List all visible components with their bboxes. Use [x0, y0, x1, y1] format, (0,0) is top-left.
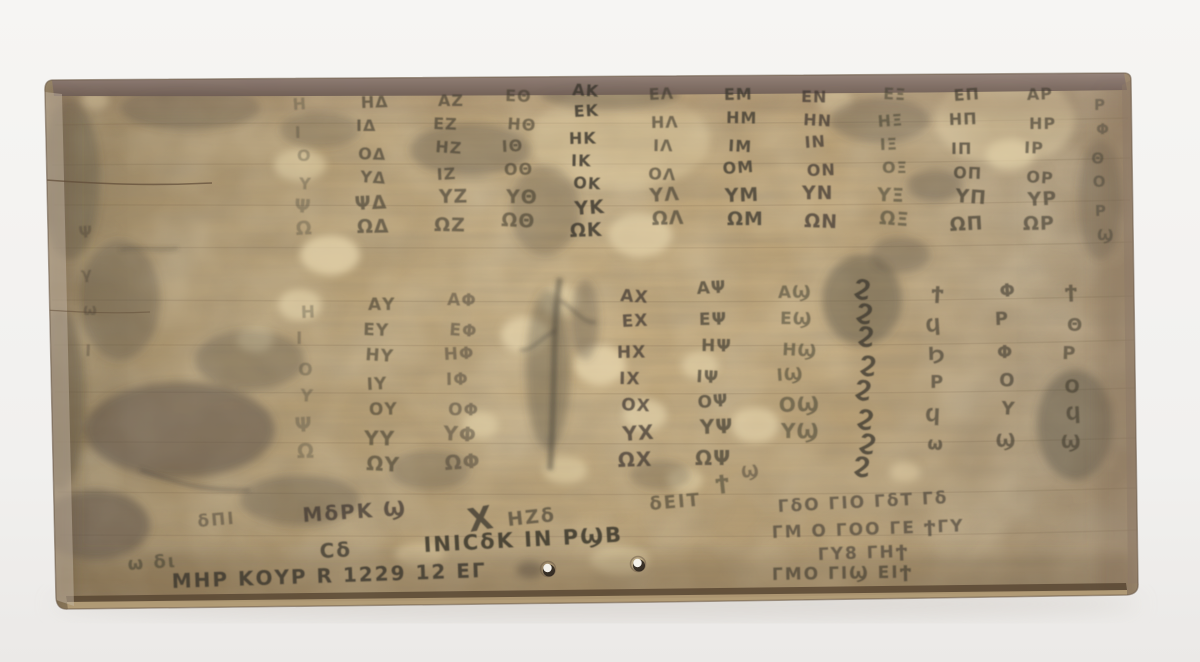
ink-syllable: ΥΖ [438, 185, 469, 208]
ink-syllable: Ο [298, 360, 314, 381]
ink-syllable: Η [300, 302, 316, 323]
ink-syllable: ΥΞ [876, 184, 905, 207]
ink-syllable: ΙΛ [653, 136, 674, 155]
ink-syllable: ΗΛ [651, 113, 679, 132]
ink-syllable: ω [927, 433, 945, 455]
ink-syllable: ΗΠ [948, 109, 977, 129]
ink-syllable: Ο [1064, 376, 1082, 398]
ink-syllable: ΙΧ [619, 369, 641, 389]
ink-syllable: ΑΧ [620, 286, 650, 308]
ink-syllable: ΩΘ [501, 209, 536, 233]
ink-syllable: ΕΦ [449, 320, 478, 342]
ink-syllable: ΕΠ [953, 84, 981, 105]
ink-syllable: ΟΨ [697, 391, 729, 413]
ink-syllable: ΩΦ [444, 449, 482, 475]
ink-syllable: ΙΦ [446, 370, 469, 390]
ink-syllable: Ψ [294, 412, 313, 437]
ink-syllable: ΥΔ [359, 167, 387, 188]
ink-syllable: ΟΝ [806, 160, 836, 180]
ink-syllable: ΥΨ [698, 414, 733, 439]
ink-syllable: Φ [997, 342, 1013, 363]
ink-syllable: ΟΜ [722, 157, 755, 178]
ink-syllable: ΥΚ [573, 196, 606, 220]
ink-syllable: ΗΡ [1029, 114, 1056, 133]
ink-syllable: Ι [296, 329, 303, 349]
ink-syllable: ΗΨ [701, 336, 732, 357]
ink-syllable: Ρ [1094, 96, 1106, 114]
ink-syllable: ΑΚ [572, 80, 600, 101]
ink-syllable: Ο [1092, 172, 1107, 191]
ink-syllable: ΑϢ [778, 282, 812, 303]
ink-syllable: ΕΚ [573, 101, 599, 121]
ink-syllable: ΕΥ [363, 320, 390, 341]
ink-syllable: Ϩ [853, 376, 873, 403]
ink-syllable: ΙΞ [879, 134, 898, 154]
ink-syllable: Ϩ [857, 323, 876, 349]
ink-syllable: ΟϢ [778, 392, 820, 417]
ink-syllable: ΟΚ [573, 173, 602, 193]
ink-syllable: ΑΡ [1026, 84, 1053, 104]
ink-syllable: ΗΧ [617, 342, 647, 363]
ink-syllable: Ω [297, 439, 316, 463]
ink-cursive-line: ΓΥ8 ΓΗϮ [817, 542, 909, 565]
ink-syllable: ΗΜ [726, 108, 758, 128]
ink-syllable: ΥΝ [801, 182, 834, 204]
ink-cursive-line: ΓΜΟ ΓΙϢ ΕΙϮ [772, 563, 914, 585]
ink-syllable: Ρ [930, 372, 944, 393]
ink-syllable: ΥΧ [621, 420, 656, 446]
ink-syllable: ΕϢ [780, 309, 813, 330]
ink-syllable: ΥΥ [363, 426, 396, 451]
ink-syllable: Ϩ [852, 453, 871, 479]
ink-syllable: ΟΠ [953, 163, 983, 183]
ink-syllable: Ο [297, 146, 312, 165]
ink-syllable: ΩΞ [879, 207, 910, 231]
ink-syllable: Ϧ [927, 343, 945, 365]
ink-syllable: Υ [298, 174, 312, 193]
ink-syllable: ΥΡ [1026, 187, 1058, 211]
ink-syllable: ΙΝ [804, 132, 827, 152]
ink-syllable: Ϣ [1061, 432, 1082, 453]
ink-syllable: ΗΖ [435, 137, 463, 158]
ink-syllable: Ι [85, 341, 93, 360]
ink-syllable: ΩΜ [727, 208, 764, 230]
ink-cursive-line: ω δι [127, 551, 178, 575]
ink-syllable: ΑΖ [438, 91, 464, 110]
ink-syllable: ΗΚ [569, 129, 597, 148]
ink-syllable: ΟΛ [648, 164, 677, 184]
ink-syllable: Ϣ [995, 430, 1017, 452]
ink-syllable: Υ [1000, 398, 1016, 420]
ink-syllable: Ϩ [858, 352, 878, 379]
ink-syllable: ΩΛ [651, 207, 684, 230]
ink-syllable: Ϯ [931, 283, 945, 305]
ink-syllable: ΟΡ [1026, 167, 1055, 188]
ink-syllable: Θ [1091, 149, 1106, 168]
ink-syllable: ΙΖ [436, 164, 457, 184]
ink-syllable: Ϥ [1065, 403, 1082, 425]
ink-syllable: ΗΥ [365, 345, 395, 367]
ink-cursive-line: δΠΙ [197, 509, 237, 532]
ink-syllable: ΥΘ [505, 186, 538, 209]
ink-syllable: Ϥ [925, 405, 942, 427]
ink-syllable: ΩΚ [569, 219, 603, 242]
ink-syllable: ΟΥ [369, 400, 398, 420]
ink-syllable: ΑΨ [696, 277, 727, 299]
ink-syllable: ΕΘ [505, 86, 532, 106]
ink-syllable: ΗϢ [782, 340, 818, 362]
ink-syllable: Θ [1067, 315, 1083, 336]
ink-syllable: ΙΨ [696, 367, 720, 388]
ink-syllable: ΕΖ [433, 114, 458, 134]
ink-syllable: ΩΖ [434, 214, 466, 237]
ink-syllable: ΟΞ [882, 158, 908, 177]
ink-syllable: ΨΔ [354, 191, 388, 215]
photograph-of-wooden-tablet: ΗΙΟΥΨΩΗΔΙΔΟΔΥΔΨΔΩΔΑΖΕΖΗΖΙΖΥΖΩΖΕΘΗΘΙΘΟΘΥΘ… [0, 0, 1200, 662]
ink-syllable: ΙΚ [571, 151, 592, 170]
ink-cursive-line: δΕΙΤ [649, 490, 702, 515]
ink-syllable: ΑΥ [368, 295, 395, 315]
ink-syllable: Ϥ [925, 315, 942, 337]
ink-syllable: ΩΝ [804, 210, 839, 233]
ink-syllable: ΕΞ [883, 84, 907, 104]
ink-syllable: Φ [999, 280, 1017, 302]
ink-syllable: ΟΧ [621, 395, 652, 417]
ink-syllable: Ϯ [1064, 282, 1078, 303]
ink-syllable: Ψ [78, 222, 94, 242]
ink-syllable: ΗΦ [443, 343, 475, 365]
photo-canvas: ΗΙΟΥΨΩΗΔΙΔΟΔΥΔΨΔΩΔΑΖΕΖΗΖΙΖΥΖΩΖΕΘΗΘΙΘΟΘΥΘ… [0, 0, 1200, 662]
ink-syllable: ΕΧ [621, 311, 649, 332]
ink-syllable: γ [80, 264, 93, 283]
ink-syllable: Ο [999, 370, 1016, 392]
ink-syllable: ΗΔ [360, 92, 388, 112]
ink-syllable: ΥΛ [648, 183, 681, 207]
ink-syllable: ΩΠ [949, 212, 984, 236]
ink-syllable: ΙΠ [951, 139, 972, 158]
ink-syllable: ΗΞ [877, 110, 904, 131]
ink-syllable: ΕΨ [699, 310, 727, 330]
ink-syllable: ΕΜ [724, 84, 753, 104]
ink-syllable: Η [292, 94, 308, 114]
ink-syllable: ΙΡ [1024, 138, 1044, 158]
ink-syllable: Ϣ [1097, 226, 1115, 244]
ink-syllable: Ρ [1095, 202, 1107, 220]
ink-syllable: ΗΘ [507, 114, 537, 135]
ink-syllable: ΩΔ [357, 215, 390, 238]
ink-syllable: ΙΔ [356, 116, 376, 135]
ink-syllable: ω [83, 300, 98, 319]
ink-syllable: ΙΥ [366, 374, 388, 395]
ink-syllable: ΟΘ [504, 159, 534, 179]
ink-syllable: ΙϢ [776, 364, 804, 386]
ink-syllable: ΕΛ [648, 84, 674, 104]
ink-syllable: ΙΘ [501, 136, 524, 156]
ink-syllable: ΟΔ [358, 144, 387, 164]
ink-syllable: ΟΦ [448, 400, 479, 421]
ink-syllable: Ρ [1062, 343, 1077, 364]
ink-syllable: Ι [294, 123, 302, 142]
ink-syllable: Ω [295, 217, 313, 240]
ink-syllable: Υ [299, 386, 315, 407]
ink-syllable: ΥϢ [780, 419, 820, 443]
ink-syllable: ΥΦ [442, 421, 478, 447]
ink-syllable: ΕΝ [801, 87, 828, 106]
ink-cursive-line: Ϯ [714, 469, 732, 495]
ink-syllable: Ψ [294, 195, 313, 218]
ink-syllable: ΑΦ [447, 290, 477, 311]
ink-syllable: ΩΧ [617, 447, 652, 472]
ink-syllable: ΩΡ [1023, 212, 1055, 235]
ink-syllable: Ρ [994, 309, 1009, 330]
ink-syllable: ΩΥ [366, 451, 401, 477]
ink-syllable: ΥΠ [954, 185, 988, 209]
ink-syllable: ΩΨ [695, 446, 731, 470]
ink-syllable: ΗΝ [803, 110, 833, 130]
ink-syllable: ΥΜ [723, 184, 759, 207]
ink-syllable: Φ [1096, 120, 1110, 138]
wooden-tablet: ΗΙΟΥΨΩΗΔΙΔΟΔΥΔΨΔΩΔΑΖΕΖΗΖΙΖΥΖΩΖΕΘΗΘΙΘΟΘΥΘ… [35, 68, 1144, 614]
ink-cursive-line: Cδ [319, 537, 353, 563]
ink-syllable: ΙΜ [728, 136, 753, 156]
ink-cursive-line: Ϣ [740, 460, 762, 482]
